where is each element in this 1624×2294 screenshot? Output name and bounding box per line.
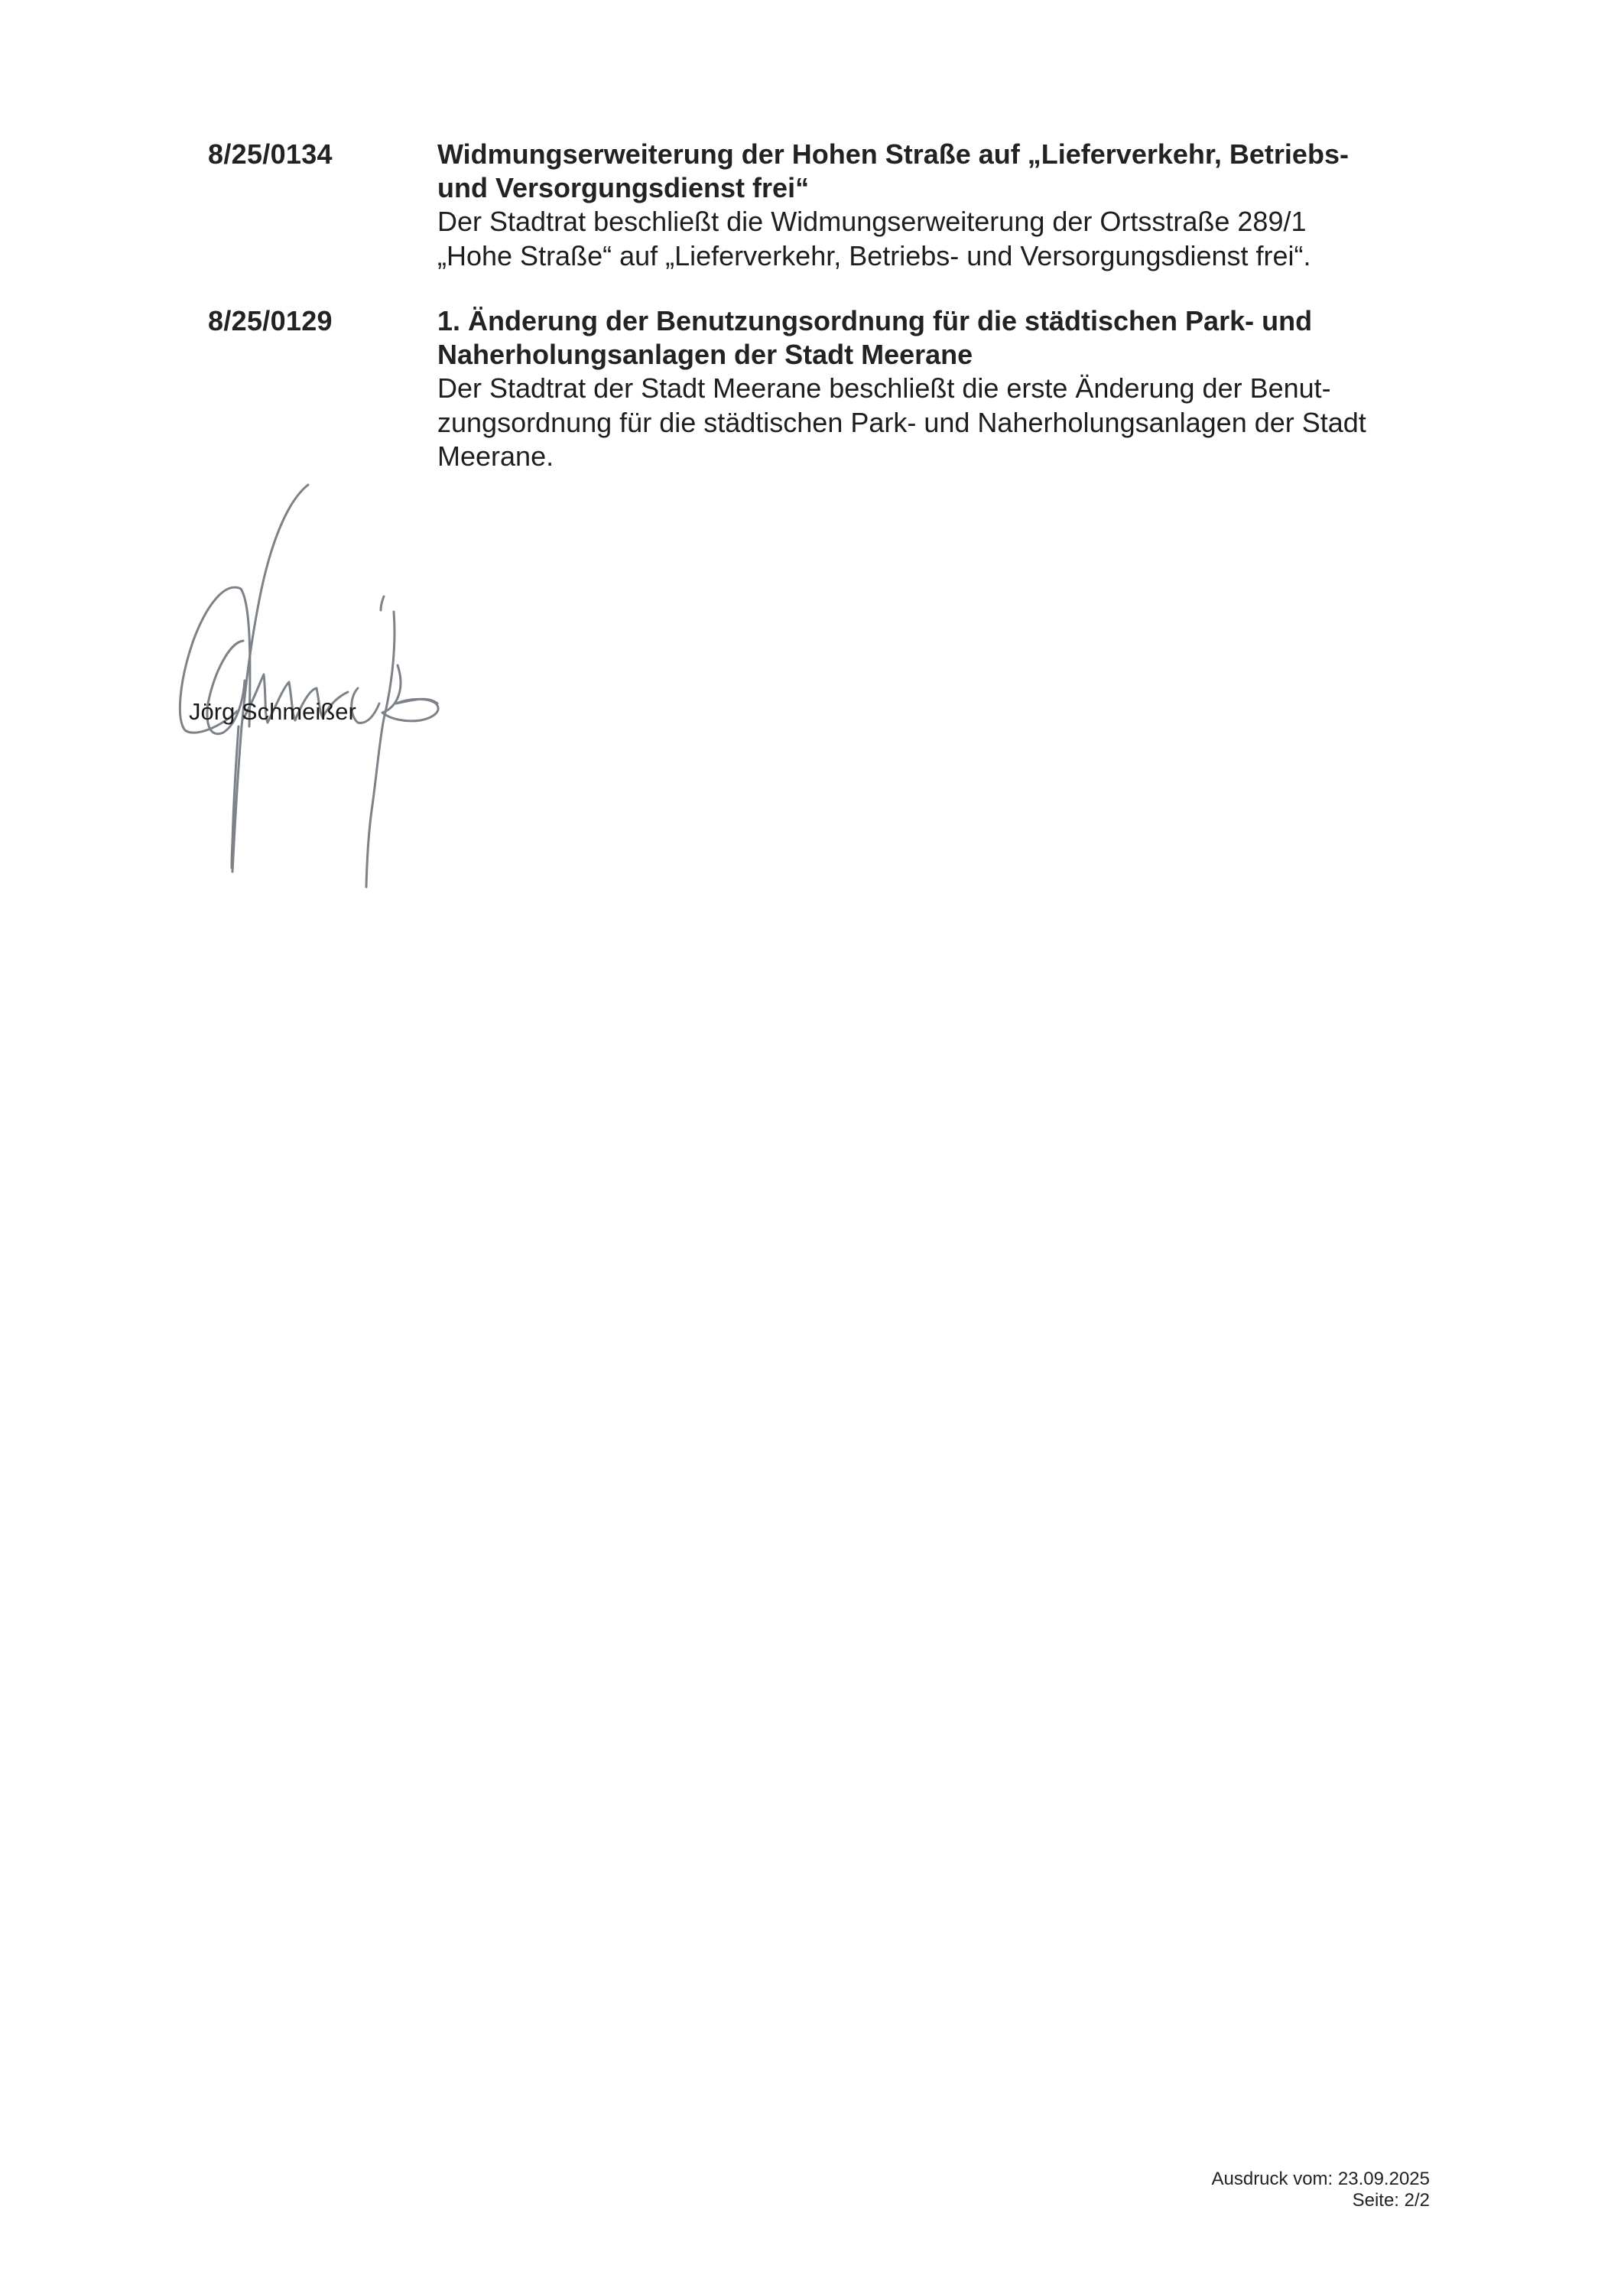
resolution-title-line: und Versorgungsdienst frei“ (437, 172, 809, 203)
resolution-body: 1. Änderung der Benutzungsordnung für di… (437, 304, 1454, 474)
page-footer: Ausdruck vom: 23.09.2025 Seite: 2/2 (1211, 2169, 1430, 2211)
resolution-description-line: Meerane. (437, 440, 554, 472)
resolution-body: Widmungserweiterung der Hohen Straße auf… (437, 138, 1454, 273)
resolution-title: 1. Änderung der Benutzungsordnung für di… (437, 304, 1454, 372)
resolution-title-line: Widmungserweiterung der Hohen Straße auf… (437, 138, 1349, 170)
signatory-name: Jörg Schmeißer (189, 698, 356, 726)
resolution-description-line: Der Stadtrat beschließt die Widmungserwe… (437, 206, 1307, 237)
signature-block: Jörg Schmeißer (153, 474, 520, 902)
resolution-title-line: 1. Änderung der Benutzungsordnung für di… (437, 305, 1312, 336)
resolution-title: Widmungserweiterung der Hohen Straße auf… (437, 138, 1454, 205)
print-date: Ausdruck vom: 23.09.2025 (1211, 2169, 1430, 2190)
resolution-id: 8/25/0134 (208, 138, 333, 171)
resolution-id: 8/25/0129 (208, 304, 333, 338)
resolution-description: Der Stadtrat der Stadt Meerane beschließ… (437, 372, 1454, 474)
resolution-description-line: zungsordnung für die städtischen Park- u… (437, 407, 1366, 438)
page-number: Seite: 2/2 (1211, 2190, 1430, 2211)
resolution-description-line: Der Stadtrat der Stadt Meerane beschließ… (437, 372, 1331, 404)
resolution-description-line: „Hohe Straße“ auf „Lieferverkehr, Betrie… (437, 240, 1311, 271)
resolution-title-line: Naherholungsanlagen der Stadt Meerane (437, 339, 973, 370)
resolution-description: Der Stadtrat beschließt die Widmungserwe… (437, 205, 1454, 273)
handwritten-signature-icon (153, 474, 520, 902)
